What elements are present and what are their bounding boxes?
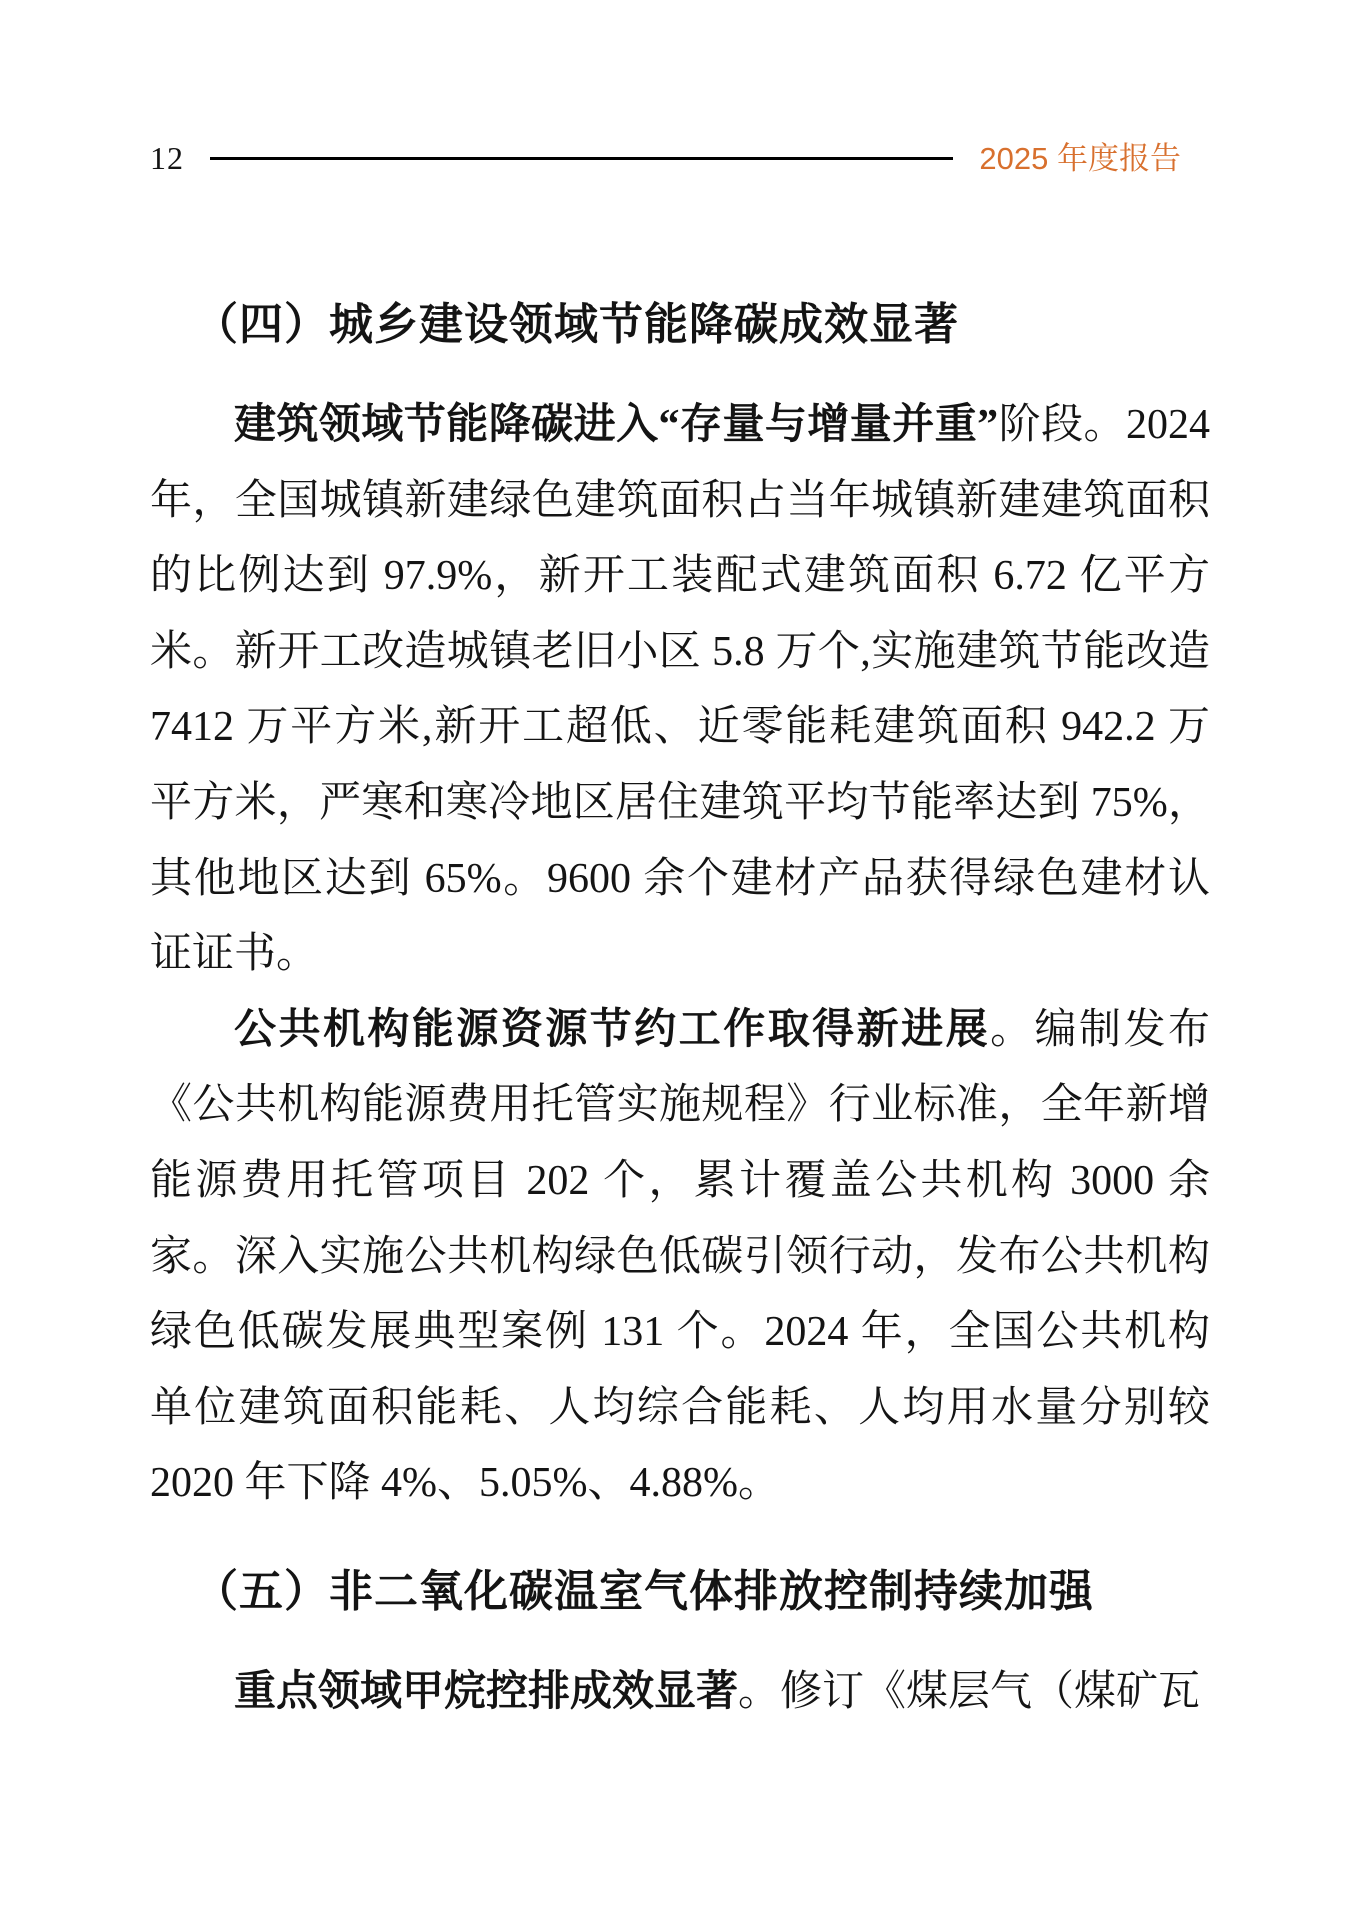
page-number: 12: [150, 142, 184, 174]
paragraph-text: 。编制发布《公共机构能源费用托管实施规程》行业标准，全年新增能源费用托管项目 2…: [150, 1007, 1210, 1507]
paragraph-buildings: 建筑领域节能降碳进入“存量与增量并重”阶段。2024 年，全国城镇新建绿色建筑面…: [150, 388, 1210, 993]
header-rule: [210, 157, 953, 160]
paragraph-lead-bold: 建筑领域节能降碳进入“存量与增量并重”: [234, 402, 998, 448]
page-header: 12 2025 年度报告: [150, 142, 1181, 174]
paragraph-text: 阶段。2024 年，全国城镇新建绿色建筑面积占当年城镇新建建筑面积的比例达到 9…: [150, 402, 1210, 977]
paragraph-methane: 重点领域甲烷控排成效显著。修订《煤层气（煤矿瓦: [150, 1655, 1210, 1731]
document-page: 12 2025 年度报告 （四）城乡建设领域节能降碳成效显著 建筑领域节能降碳进…: [0, 0, 1359, 1920]
paragraph-lead-bold: 公共机构能源资源节约工作取得新进展: [234, 1007, 990, 1053]
report-title: 2025 年度报告: [979, 143, 1181, 174]
section-heading-4: （四）城乡建设领域节能降碳成效显著: [150, 297, 1210, 352]
section-heading-5: （五）非二氧化碳温室气体排放控制持续加强: [150, 1564, 1210, 1619]
paragraph-text: 。修订《煤层气（煤矿瓦: [738, 1669, 1200, 1715]
page-body: （四）城乡建设领域节能降碳成效显著 建筑领域节能降碳进入“存量与增量并重”阶段。…: [150, 297, 1210, 1731]
paragraph-lead-bold: 重点领域甲烷控排成效显著: [234, 1669, 738, 1715]
paragraph-public-institutions: 公共机构能源资源节约工作取得新进展。编制发布《公共机构能源费用托管实施规程》行业…: [150, 993, 1210, 1522]
